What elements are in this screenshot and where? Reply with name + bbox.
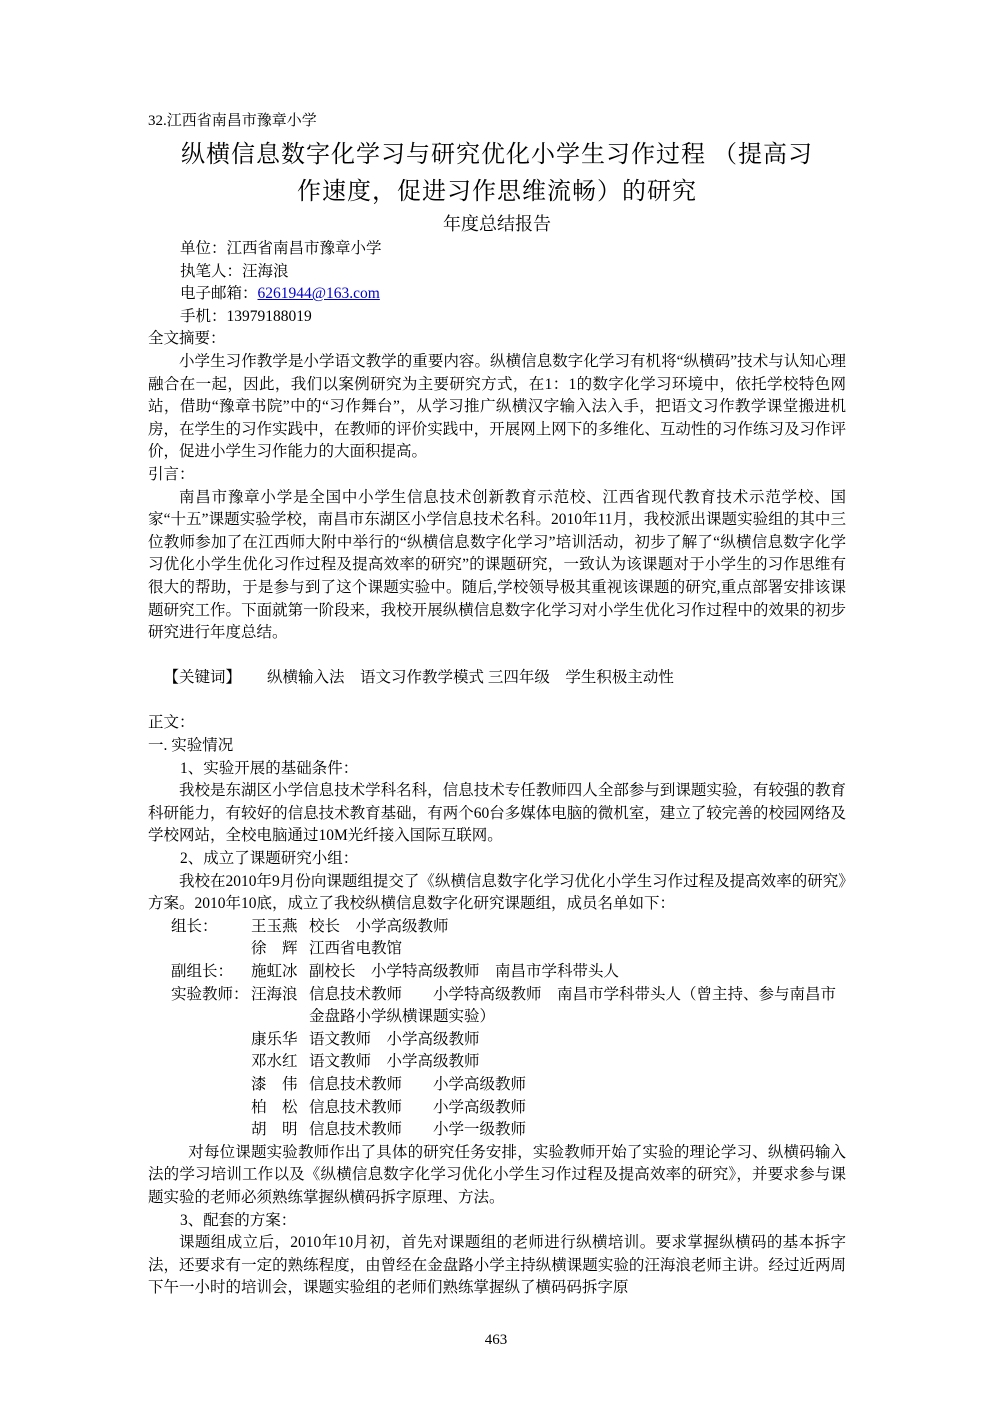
document-title-line-1: 纵横信息数字化学习与研究优化小学生习作过程 （提高习 [148,137,846,174]
roster-row: 徐 辉 江西省电教馆 [148,938,846,961]
abstract-paragraph: 小学生习作教学是小学语文教学的重要内容。纵横信息数字化学习有机将“纵横码”技术与… [148,351,846,464]
email-link[interactable]: 6261944@163.com [258,285,380,302]
roster-row: 柏 松 信息技术教师 小学高级教师 [148,1097,846,1120]
roster-member-desc: 校长 小学高级教师 [309,916,846,939]
roster-member-name: 漆 伟 [251,1074,309,1097]
roster-role-label [171,938,251,961]
subsection-3-heading: 3、配套的方案： [148,1210,846,1233]
roster-role-label [171,1029,251,1052]
meta-unit: 单位：江西省南昌市豫章小学 [148,238,846,261]
roster-row: 漆 伟 信息技术教师 小学高级教师 [148,1074,846,1097]
abstract-heading: 全文摘要： [148,328,846,351]
roster-member-desc: 江西省电教馆 [309,938,846,961]
main-body-label: 正文： [148,712,846,735]
roster-member-name: 柏 松 [251,1097,309,1120]
meta-email-label: 电子邮箱： [180,285,258,302]
intro-heading: 引言： [148,464,846,487]
subsection-2-paragraph: 我校在2010年9月份向课题组提交了《纵横信息数字化学习优化小学生习作过程及提高… [148,871,846,916]
subsection-3-paragraph: 课题组成立后，2010年10月初，首先对课题组的老师进行纵横培训。要求掌握纵横码… [148,1232,846,1300]
document-title-line-2: 作速度，促进习作思维流畅）的研究 [148,174,846,211]
roster-member-name: 徐 辉 [251,938,309,961]
roster-row: 副组长： 施虹冰 副校长 小学特高级教师 南昌市学科带头人 [148,961,846,984]
document-subtitle: 年度总结报告 [148,211,846,238]
school-header-line: 32.江西省南昌市豫章小学 [148,111,846,132]
research-group-roster: 组长： 王玉燕 校长 小学高级教师 徐 辉 江西省电教馆 副组长： 施虹冰 副校… [148,916,846,1142]
after-roster-paragraph: 对每位课题实验教师作出了具体的研究任务安排，实验教师开始了实验的理论学习、纵横码… [148,1142,846,1210]
roster-member-name: 邓水红 [251,1051,309,1074]
subsection-2-heading: 2、成立了课题研究小组： [148,848,846,871]
roster-member-desc: 信息技术教师 小学一级教师 [309,1119,846,1142]
roster-member-desc: 信息技术教师 小学高级教师 [309,1074,846,1097]
roster-role-label [171,1074,251,1097]
roster-member-desc: 副校长 小学特高级教师 南昌市学科带头人 [309,961,846,984]
section-1-heading: 一. 实验情况 [148,735,846,758]
roster-member-desc: 信息技术教师 小学特高级教师 南昌市学科带头人（曾主持、参与南昌市金盘路小学纵横… [309,984,846,1029]
document-page: 32.江西省南昌市豫章小学 纵横信息数字化学习与研究优化小学生习作过程 （提高习… [148,0,846,1300]
keywords-items: 纵横输入法 语文习作教学模式 三四年级 学生积极主动性 [267,669,674,686]
roster-member-name: 胡 明 [251,1119,309,1142]
keywords-line: 【关键词】纵横输入法 语文习作教学模式 三四年级 学生积极主动性 [148,645,846,713]
roster-member-desc: 信息技术教师 小学高级教师 [309,1097,846,1120]
roster-role-label: 组长： [171,916,251,939]
roster-role-label: 副组长： [171,961,251,984]
meta-phone: 手机：13979188019 [148,306,846,329]
meta-email-line: 电子邮箱：6261944@163.com [148,283,846,306]
roster-member-desc: 语文教师 小学高级教师 [309,1029,846,1052]
roster-member-name: 王玉燕 [251,916,309,939]
subsection-1-heading: 1、实验开展的基础条件： [148,758,846,781]
subsection-1-paragraph: 我校是东湖区小学信息技术学科名科，信息技术专任教师四人全部参与到课题实验，有较强… [148,780,846,848]
roster-row: 实验教师： 汪海浪 信息技术教师 小学特高级教师 南昌市学科带头人（曾主持、参与… [148,984,846,1029]
roster-member-name: 汪海浪 [251,984,309,1029]
roster-row: 康乐华 语文教师 小学高级教师 [148,1029,846,1052]
roster-role-label: 实验教师： [171,984,251,1029]
meta-author: 执笔人：汪海浪 [148,261,846,284]
roster-member-name: 施虹冰 [251,961,309,984]
keywords-label: 【关键词】 [164,669,242,686]
roster-member-desc: 语文教师 小学高级教师 [309,1051,846,1074]
roster-row: 组长： 王玉燕 校长 小学高级教师 [148,916,846,939]
page-number: 463 [0,1330,992,1351]
roster-role-label [171,1051,251,1074]
roster-member-name: 康乐华 [251,1029,309,1052]
roster-role-label [171,1097,251,1120]
roster-row: 胡 明 信息技术教师 小学一级教师 [148,1119,846,1142]
intro-paragraph: 南昌市豫章小学是全国中小学生信息技术创新教育示范校、江西省现代教育技术示范学校、… [148,487,846,645]
roster-role-label [171,1119,251,1142]
roster-row: 邓水红 语文教师 小学高级教师 [148,1051,846,1074]
